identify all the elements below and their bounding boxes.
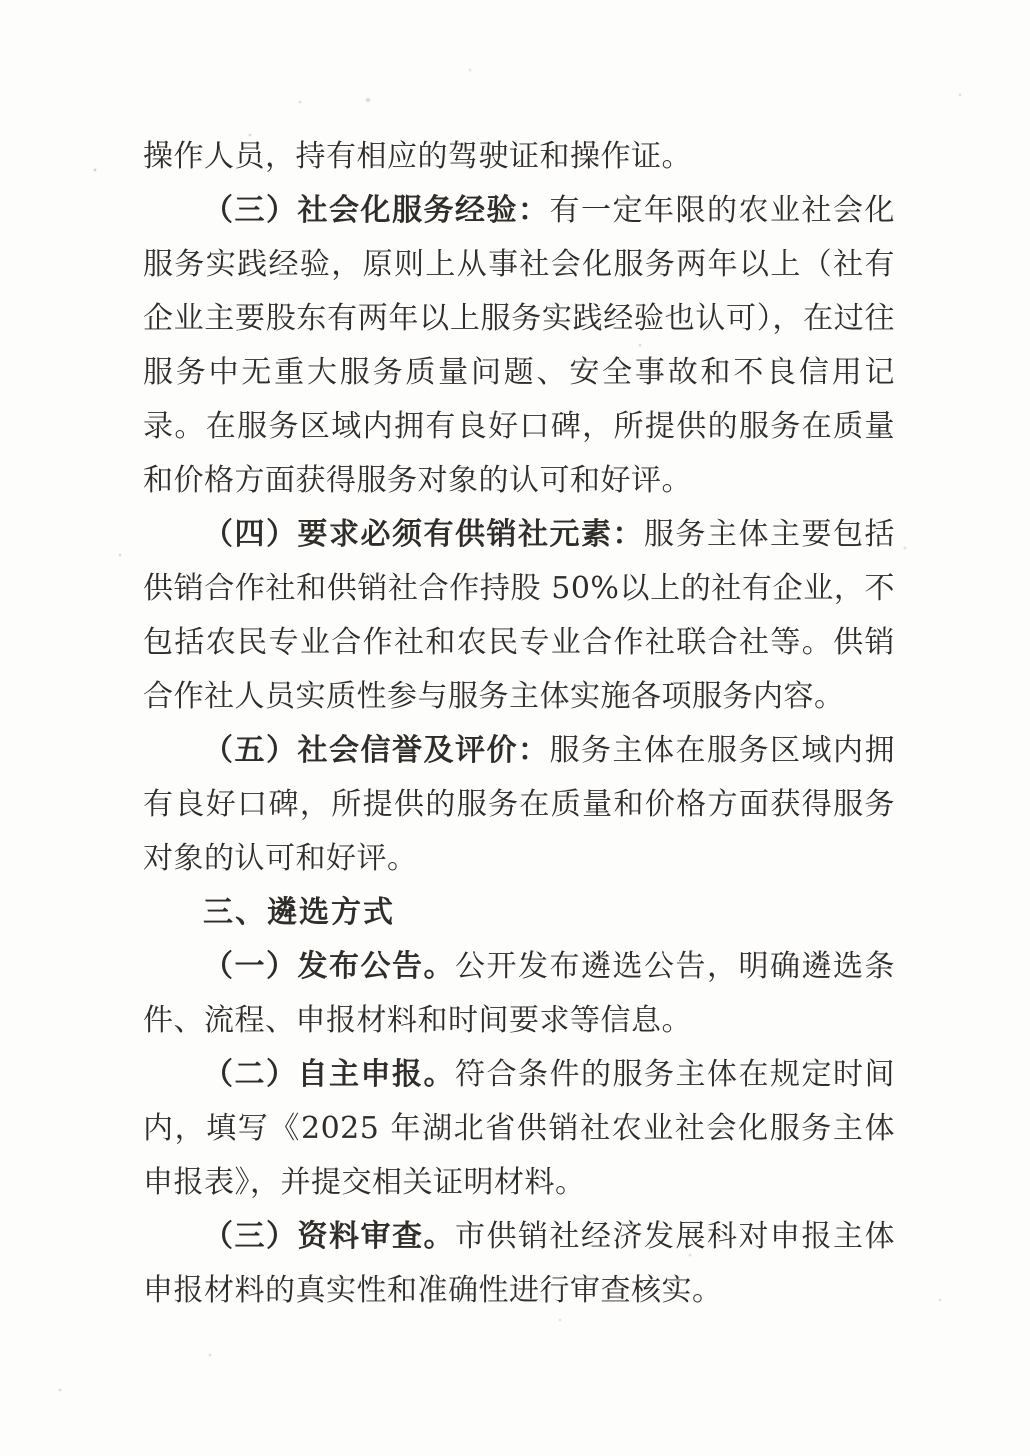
section-heading: 三、遴选方式 xyxy=(143,886,895,940)
paragraph-lead: （一）发布公告。 xyxy=(203,949,455,984)
paragraph-lead: （五）社会信誉及评价： xyxy=(203,733,550,768)
paragraph-lead: （二）自主申报。 xyxy=(203,1057,455,1092)
paragraph-lead: （三）社会化服务经验： xyxy=(203,193,550,228)
paragraph-criterion-4: （四）要求必须有供销社元素：服务主体主要包括供销合作社和供销社合作持股 50%以… xyxy=(143,508,895,724)
paragraph-lead: （三）资料审查。 xyxy=(203,1219,455,1254)
paragraph-continuation: 操作人员，持有相应的驾驶证和操作证。 xyxy=(143,130,895,184)
section-heading-text: 三、遴选方式 xyxy=(203,895,395,930)
document-body: 操作人员，持有相应的驾驶证和操作证。 （三）社会化服务经验：有一定年限的农业社会… xyxy=(143,130,895,1318)
paragraph-text: 有一定年限的农业社会化服务实践经验，原则上从事社会化服务两年以上（社有企业主要股… xyxy=(143,193,895,498)
paragraph-criterion-3: （三）社会化服务经验：有一定年限的农业社会化服务实践经验，原则上从事社会化服务两… xyxy=(143,184,895,508)
paragraph-step-1: （一）发布公告。公开发布遴选公告，明确遴选条件、流程、申报材料和时间要求等信息。 xyxy=(143,940,895,1048)
scanned-document-page: 操作人员，持有相应的驾驶证和操作证。 （三）社会化服务经验：有一定年限的农业社会… xyxy=(0,0,1030,1456)
paragraph-step-3: （三）资料审查。市供销社经济发展科对申报主体申报材料的真实性和准确性进行审查核实… xyxy=(143,1210,895,1318)
paragraph-step-2: （二）自主申报。符合条件的服务主体在规定时间内，填写《2025 年湖北省供销社农… xyxy=(143,1048,895,1210)
paragraph-text: 操作人员，持有相应的驾驶证和操作证。 xyxy=(143,139,692,174)
paragraph-lead: （四）要求必须有供销社元素： xyxy=(203,517,644,552)
paragraph-criterion-5: （五）社会信誉及评价：服务主体在服务区域内拥有良好口碑，所提供的服务在质量和价格… xyxy=(143,724,895,886)
